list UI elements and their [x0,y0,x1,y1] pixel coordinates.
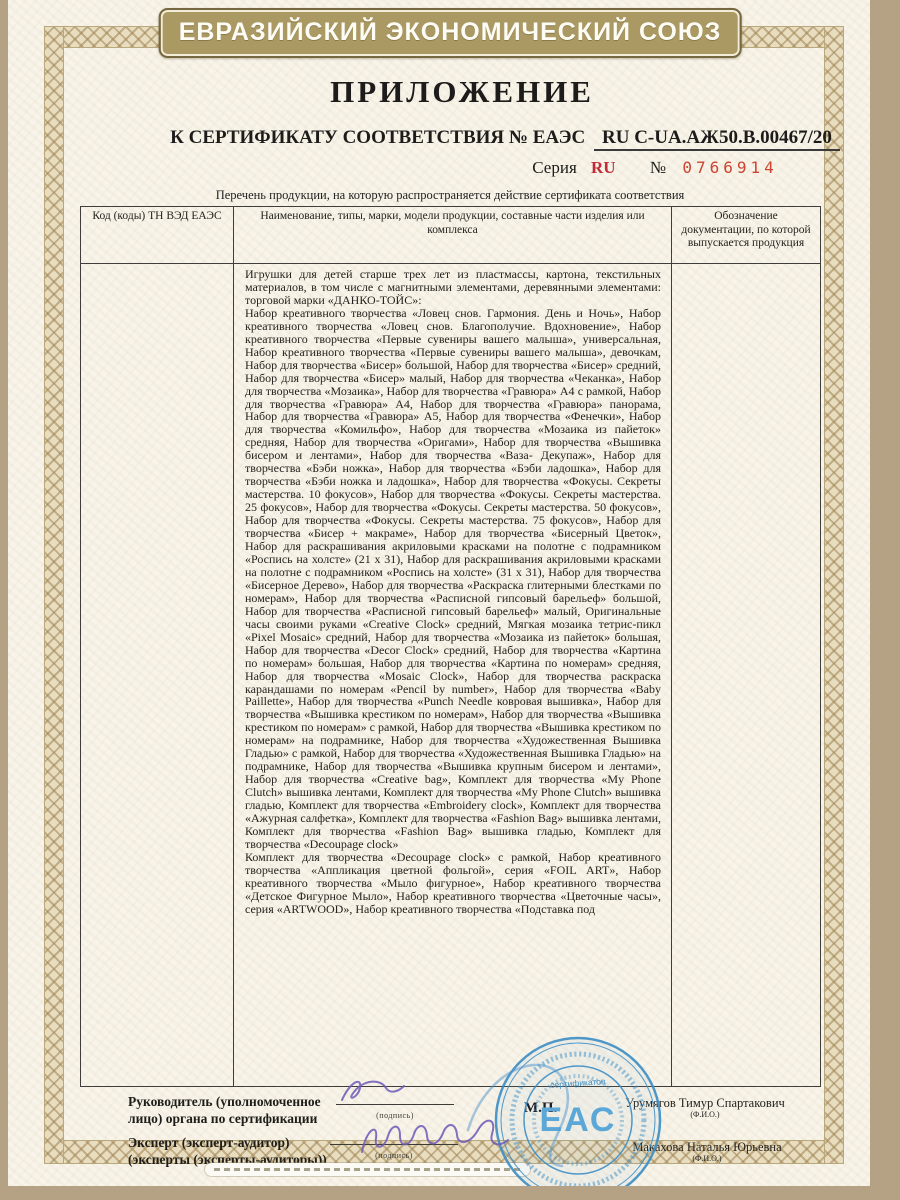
head-signature-line: (подпись) [336,1104,454,1123]
series-label: Серия [532,158,577,177]
code-column-body [81,264,234,1086]
number-sign: № [650,158,666,177]
col-header-docs: Обозначение документации, по которой вып… [672,207,820,264]
series-line: Серия RU № 0766914 [205,158,900,178]
table-caption: Перечень продукции, на которую распростр… [0,188,900,203]
signature-caption: (подпись) [375,1151,413,1160]
product-items-continued: Комплект для творчества «Decoupage clock… [245,851,661,916]
page-title: ПРИЛОЖЕНИЕ [12,74,900,110]
head-signature-label: Руководитель (уполномоченное лицо) орган… [128,1094,321,1128]
expert-signature-line: (подпись) [330,1144,458,1163]
product-list: Игрушки для детей старше трех лет из пла… [234,264,672,1086]
subtitle-prefix: К СЕРТИФИКАТУ СООТВЕТСТВИЯ № ЕАЭС [170,127,585,148]
products-table: Код (коды) ТН ВЭД ЕАЭС Наименование, тип… [80,206,821,1087]
series-value: RU [591,158,616,177]
eac-mark: ЕАС [540,1101,617,1139]
head-label-line2: лицо) органа по сертификации [128,1111,317,1126]
serial-number: 0766914 [682,158,777,177]
certificate-subtitle: К СЕРТИФИКАТУ СООТВЕТСТВИЯ № ЕАЭС RU C-U… [55,127,900,149]
certification-stamp: сертификатов ЕАС [468,1028,693,1186]
certificate-content: ЕВРАЗИЙСКИЙ ЭКОНОМИЧЕСКИЙ СОЮЗ ПРИЛОЖЕНИ… [0,0,900,1200]
expert-label-line1: Эксперт (эксперт-аудитор) [128,1135,289,1150]
product-items: Набор креативного творчества «Ловец снов… [245,307,661,851]
head-label-line1: Руководитель (уполномоченное [128,1094,321,1109]
docs-column-body [672,264,820,1086]
eaeu-banner: ЕВРАЗИЙСКИЙ ЭКОНОМИЧЕСКИЙ СОЮЗ [159,8,742,58]
col-header-code: Код (коды) ТН ВЭД ЕАЭС [81,207,234,264]
product-intro: Игрушки для детей старше трех лет из пла… [245,268,661,307]
signature-caption: (подпись) [376,1111,414,1120]
col-header-name: Наименование, типы, марки, модели продук… [234,207,672,264]
certificate-number: RU C-UA.АЖ50.В.00467/20 [594,127,840,151]
